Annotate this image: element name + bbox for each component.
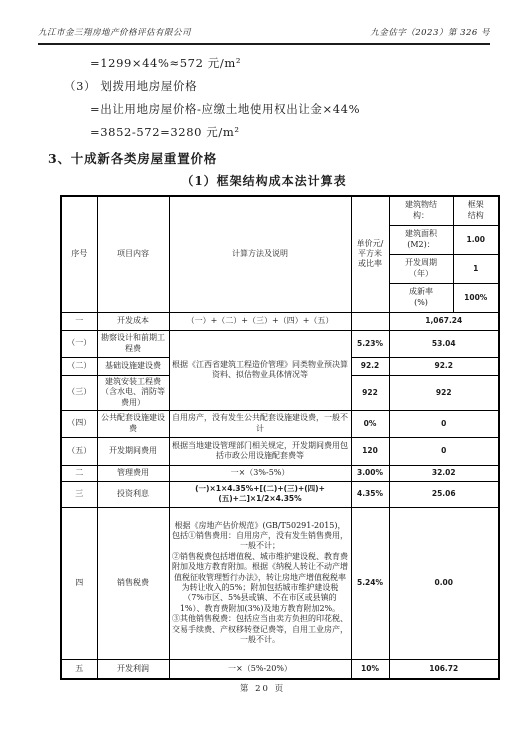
- row-unit: 10%: [351, 659, 389, 679]
- table-row: （五） 开发期间费用 根据当地建设管理部门相关规定，开发期间费用包括市政公用设施…: [61, 437, 499, 465]
- row-no: 五: [61, 659, 97, 679]
- row-unit: 5.23%: [351, 330, 389, 357]
- row-no: （二）: [61, 357, 97, 375]
- header-col-unit: 单价元/ 平方米 或比率: [351, 196, 389, 312]
- row-item: 基础设施建设费: [97, 357, 169, 375]
- row-unit: 5.24%: [351, 507, 389, 659]
- row-value: 0.00: [389, 507, 499, 659]
- page-content: 九江市金三翔房地产价格评估有限公司 九金估字（2023）第 326 号 =129…: [38, 26, 490, 680]
- spec-value-structure: 框架 结构: [453, 196, 499, 225]
- row-value: 922: [389, 375, 499, 410]
- company-name: 九江市金三翔房地产价格评估有限公司: [38, 26, 191, 38]
- table-row: 四 销售税费 根据《房地产估价规范》(GB/T50291-2015)，包括①销售…: [61, 507, 499, 659]
- table-row: 一 开发成本 （一）+（二）+（三）+（四）+（五） 1,067.24: [61, 312, 499, 330]
- running-header: 九江市金三翔房地产价格评估有限公司 九金估字（2023）第 326 号: [38, 26, 490, 45]
- table-row: 五 开发利润 一×（5%-20%） 10% 106.72: [61, 659, 499, 679]
- row-value: 92.2: [389, 357, 499, 375]
- row-no: 三: [61, 481, 97, 507]
- calc-line-1: =1299×44%≈572 元/m²: [90, 55, 490, 71]
- row-method: 根据当地建设管理部门相关规定，开发期间费用包括市政公用设施配套费等: [169, 437, 351, 465]
- table-row: 二 管理费用 一×（3%-5%） 3.00% 32.02: [61, 465, 499, 481]
- row-method: 根据《房地产估价规范》(GB/T50291-2015)，包括①销售费用：自用房产…: [169, 507, 351, 659]
- row-item: 勘察设计和前期工程费: [97, 330, 169, 357]
- row-no: （五）: [61, 437, 97, 465]
- spec-label-structure: 建筑物结 构：: [389, 196, 453, 225]
- row-item: 销售税费: [97, 507, 169, 659]
- table-row: （一） 勘察设计和前期工程费 根据《江西省建筑工程造价管理》同类物业预决算资料、…: [61, 330, 499, 357]
- row-no: 四: [61, 507, 97, 659]
- row-method: (一)×1×4.35%+[(二)+(三)+(四)+(五)+二]×1/2×4.35…: [169, 481, 351, 507]
- page-number: 第 20 页: [0, 682, 525, 694]
- body-text: =1299×44%≈572 元/m² （3） 划拨用地房屋价格 =出让用地房屋价…: [38, 55, 490, 140]
- row-method-shared: 根据《江西省建筑工程造价管理》同类物业预决算资料、拟估物业具体情况等: [169, 330, 351, 410]
- row-item: 开发利润: [97, 659, 169, 679]
- row-value: 106.72: [389, 659, 499, 679]
- spec-label-period: 开发周期 （年）: [389, 254, 453, 283]
- row-value: 53.04: [389, 330, 499, 357]
- row-no: 一: [61, 312, 97, 330]
- row-unit: 922: [351, 375, 389, 410]
- cost-calculation-table: 序号 项目内容 计算方法及说明 单价元/ 平方米 或比率 建筑物结 构： 框架 …: [60, 195, 500, 680]
- table-header-row: 序号 项目内容 计算方法及说明 单价元/ 平方米 或比率 建筑物结 构： 框架 …: [61, 196, 499, 225]
- document-number: 九金估字（2023）第 326 号: [370, 26, 490, 38]
- row-unit: 92.2: [351, 357, 389, 375]
- row-value: 0: [389, 437, 499, 465]
- row-item: 开发成本: [97, 312, 169, 330]
- row-item: 管理费用: [97, 465, 169, 481]
- row-item: 投资利息: [97, 481, 169, 507]
- row-unit: 0%: [351, 410, 389, 437]
- spec-value-area: 1.00: [453, 225, 499, 254]
- document-page: 九江市金三翔房地产价格评估有限公司 九金估字（2023）第 326 号 =129…: [0, 0, 525, 731]
- row-unit: 4.35%: [351, 481, 389, 507]
- row-item: 建筑安装工程费（含水电、消防等费用）: [97, 375, 169, 410]
- row-item: 开发期间费用: [97, 437, 169, 465]
- row-value: 32.02: [389, 465, 499, 481]
- row-unit: 3.00%: [351, 465, 389, 481]
- row-value: 1,067.24: [389, 312, 499, 330]
- table-row: （四） 公共配套设施建设费 自用房产，没有发生公共配套设施建设费，一般不计 0%…: [61, 410, 499, 437]
- table-title: （1）框架结构成本法计算表: [38, 173, 490, 189]
- row-no: 二: [61, 465, 97, 481]
- header-col-item: 项目内容: [97, 196, 169, 312]
- row-unit: [351, 312, 389, 330]
- row-value: 0: [389, 410, 499, 437]
- calc-line-4: =3852-572=3280 元/m²: [90, 124, 490, 140]
- header-col-no: 序号: [61, 196, 97, 312]
- row-item: 公共配套设施建设费: [97, 410, 169, 437]
- row-method: 一×（3%-5%）: [169, 465, 351, 481]
- calc-line-3: =出让用地房屋价格-应缴土地使用权出让金×44%: [90, 101, 490, 117]
- row-method: 自用房产，没有发生公共配套设施建设费，一般不计: [169, 410, 351, 437]
- header-col-method: 计算方法及说明: [169, 196, 351, 312]
- table-row: 三 投资利息 (一)×1×4.35%+[(二)+(三)+(四)+(五)+二]×1…: [61, 481, 499, 507]
- spec-label-area: 建筑面积 (M2)：: [389, 225, 453, 254]
- spec-value-newness: 100%: [453, 283, 499, 312]
- section-heading: 3、十成新各类房屋重置价格: [48, 150, 490, 167]
- row-no: （三）: [61, 375, 97, 410]
- calc-line-2: （3） 划拨用地房屋价格: [64, 78, 490, 94]
- row-method: （一）+（二）+（三）+（四）+（五）: [169, 312, 351, 330]
- row-method: 一×（5%-20%）: [169, 659, 351, 679]
- row-unit: 120: [351, 437, 389, 465]
- spec-value-period: 1: [453, 254, 499, 283]
- row-value: 25.06: [389, 481, 499, 507]
- row-no: （一）: [61, 330, 97, 357]
- row-no: （四）: [61, 410, 97, 437]
- spec-label-newness: 成新率 (%): [389, 283, 453, 312]
